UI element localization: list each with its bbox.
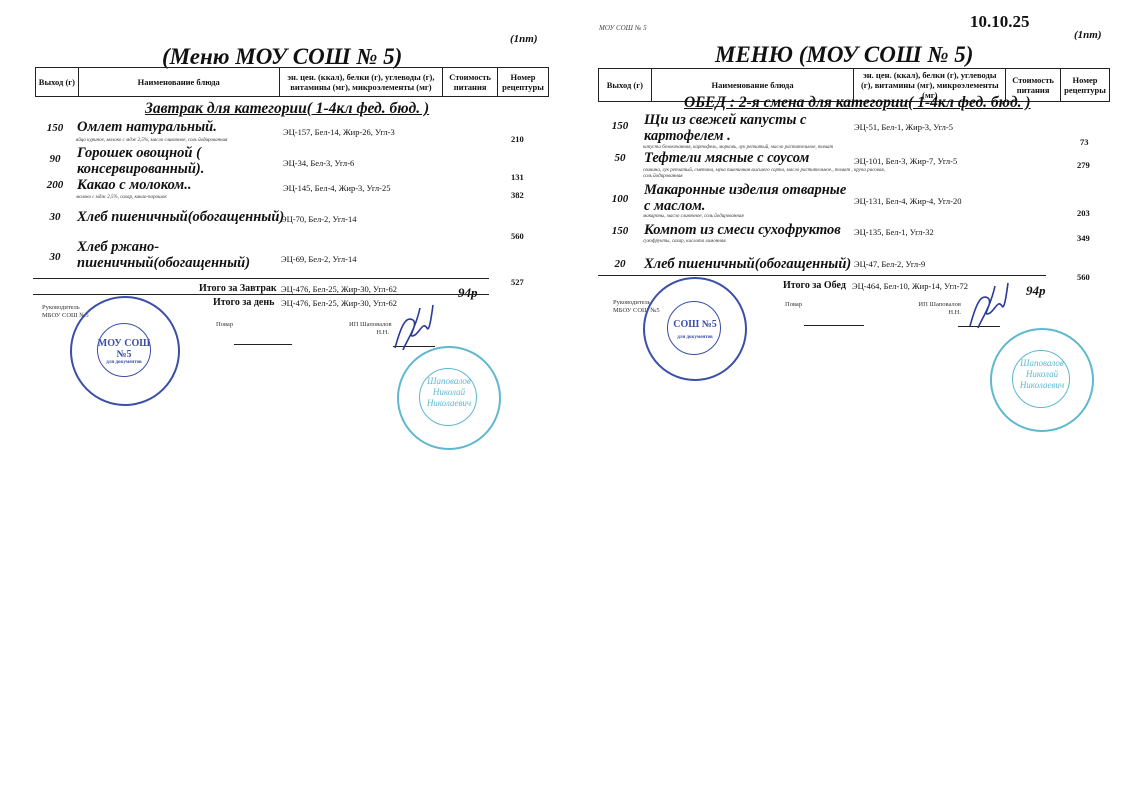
item-weight: 20 xyxy=(602,258,638,270)
total-day-value: ЭЦ-476, Бел-25, Жир-30, Угл-62 xyxy=(281,298,397,308)
price: 94р xyxy=(1026,283,1046,299)
page-tag: (1пт) xyxy=(1074,29,1102,41)
cook-label: Повар xyxy=(785,301,802,309)
page-tag: (1пт) xyxy=(510,33,538,45)
header-recipe: Номер рецептуры xyxy=(1061,69,1110,102)
cook-label: Повар xyxy=(216,321,233,329)
item-weight: 150 xyxy=(37,122,73,134)
header-output: Выход (г) xyxy=(36,68,79,97)
stamp-school-subtext: для документов xyxy=(673,335,717,340)
item-recipe: 131 xyxy=(511,172,524,182)
item-nutrition: ЭЦ-145, Бел-4, Жир-3, Угл-25 xyxy=(283,183,390,193)
item-recipe: 349 xyxy=(1077,233,1090,243)
divider xyxy=(33,294,489,295)
item-recipe: 203 xyxy=(1077,208,1090,218)
item-name: Омлет натуральный. xyxy=(77,119,217,135)
item-recipe: 73 xyxy=(1080,137,1089,147)
item-weight: 50 xyxy=(602,152,638,164)
item-recipe: 527 xyxy=(511,277,524,287)
supplier-name: ИП Шаповалов xyxy=(915,301,961,309)
item-ingredients: молоко с мдж 2,5%, сахар, какао-порошок xyxy=(76,195,276,201)
total-breakfast-value: ЭЦ-476, Бел-25, Жир-30, Угл-62 xyxy=(281,284,397,294)
item-name: Хлеб пшеничный(обогащенный) xyxy=(77,209,284,225)
item-recipe: 382 xyxy=(511,190,524,200)
item-weight: 200 xyxy=(37,179,73,191)
item-name: Компот из смеси сухофруктов xyxy=(644,222,841,238)
item-nutrition: ЭЦ-101, Бел-3, Жир-7, Угл-5 xyxy=(854,156,957,166)
item-name: Щи из свежей капусты с картофелем . xyxy=(644,112,819,144)
supplier-label: ИП Шаповалов Н.Н. xyxy=(349,321,389,337)
director-title: Руководитель xyxy=(42,304,89,312)
section-title: Завтрак для категории( 1-4кл фед. бюд. ) xyxy=(145,100,429,118)
item-ingredients: свинина, лук репчатый, сметана, мука пше… xyxy=(643,168,888,180)
school-stamp-icon: МОУ СОШ №5 для документов xyxy=(70,296,180,406)
item-name: Горошек овощной ( консервированный). xyxy=(77,145,237,177)
item-name: Какао с молоком.. xyxy=(77,177,191,193)
item-recipe: 279 xyxy=(1077,160,1090,170)
cook-signature-line xyxy=(804,325,864,326)
total-lunch-value: ЭЦ-464, Бел-10, Жир-14, Угл-72 xyxy=(852,281,968,291)
item-nutrition: ЭЦ-47, Бел-2, Угл-9 xyxy=(854,259,925,269)
header-cost: Стоимость питания xyxy=(443,68,498,97)
stamp-school-text: МОУ СОШ №5 xyxy=(94,338,154,360)
item-nutrition: ЭЦ-34, Бел-3, Угл-6 xyxy=(283,158,354,168)
item-nutrition: ЭЦ-70, Бел-2, Угл-14 xyxy=(281,214,356,224)
section-title: ОБЕД : 2-я смена для категории( 1-4кл фе… xyxy=(684,94,1031,112)
signature-icon xyxy=(385,300,440,355)
divider xyxy=(33,278,489,279)
item-weight: 90 xyxy=(37,153,73,165)
item-ingredients: макароны, масло сливочное, соль йодирова… xyxy=(643,214,843,220)
price: 94р xyxy=(458,285,478,301)
signature-icon xyxy=(960,278,1015,333)
item-recipe: 210 xyxy=(511,134,524,144)
stamp-supplier-text: Шаповалов Николай Николаевич xyxy=(421,376,477,409)
item-name: Макаронные изделия отварные с маслом. xyxy=(644,182,849,214)
supplier-stamp-icon: Шаповалов Николай Николаевич xyxy=(990,328,1094,432)
item-nutrition: ЭЦ-157, Бел-14, Жир-26, Угл-3 xyxy=(283,127,395,137)
item-name: Тефтели мясные с соусом xyxy=(644,150,809,166)
item-weight: 30 xyxy=(37,251,73,263)
item-nutrition: ЭЦ-51, Бел-1, Жир-3, Угл-5 xyxy=(854,122,953,132)
supplier-initials: Н.Н. xyxy=(349,329,389,337)
item-recipe: 560 xyxy=(511,231,524,241)
item-weight: 150 xyxy=(602,120,638,132)
item-ingredients: сухофрукты, сахар, кислота лимонная. xyxy=(643,239,843,245)
school-stamp-icon: СОШ №5 для документов xyxy=(643,277,747,381)
item-weight: 150 xyxy=(602,225,638,237)
total-day-label: Итого за день xyxy=(213,297,274,308)
supplier-stamp-icon: Шаповалов Николай Николаевич xyxy=(397,346,501,450)
item-nutrition: ЭЦ-135, Бел-1, Угл-32 xyxy=(854,227,934,237)
page-title: МЕНЮ (МОУ СОШ № 5) xyxy=(715,42,973,68)
top-tag: МОУ СОШ № 5 xyxy=(599,24,647,32)
menu-header-table: Выход (г) Наименование блюда эн. цен. (к… xyxy=(35,67,549,97)
item-name: Хлеб пшеничный(обогащенный) xyxy=(644,256,851,272)
stamp-school-text: СОШ №5 xyxy=(665,319,725,330)
divider xyxy=(598,275,1046,276)
stamp-school-subtext: для документов xyxy=(102,360,146,365)
supplier-initials: Н.Н. xyxy=(915,309,961,317)
item-nutrition: ЭЦ-131, Бел-4, Жир-4, Угл-20 xyxy=(854,196,961,206)
supplier-name: ИП Шаповалов xyxy=(349,321,389,329)
menu-date: 10.10.25 xyxy=(970,12,1030,32)
item-weight: 100 xyxy=(602,193,638,205)
item-ingredients: яйцо куриное, молоко с мдж 2,5%, масло с… xyxy=(76,138,296,144)
item-name: Хлеб ржано-пшеничный(обогащенный) xyxy=(77,239,252,271)
total-breakfast-label: Итого за Завтрак xyxy=(199,283,277,294)
header-output: Выход (г) xyxy=(599,69,652,102)
item-nutrition: ЭЦ-69, Бел-2, Угл-14 xyxy=(281,254,356,264)
supplier-label: ИП Шаповалов Н.Н. xyxy=(915,301,961,317)
header-nutrition: эн. цен. (ккал), белки (г), углеводы (г)… xyxy=(279,68,443,97)
total-lunch-label: Итого за Обед xyxy=(783,280,846,291)
cook-signature-line xyxy=(234,344,292,345)
header-recipe: Номер рецептуры xyxy=(498,68,549,97)
header-dish: Наименование блюда xyxy=(78,68,279,97)
item-weight: 30 xyxy=(37,211,73,223)
item-recipe: 560 xyxy=(1077,272,1090,282)
stamp-supplier-text: Шаповалов Николай Николаевич xyxy=(1014,358,1070,391)
